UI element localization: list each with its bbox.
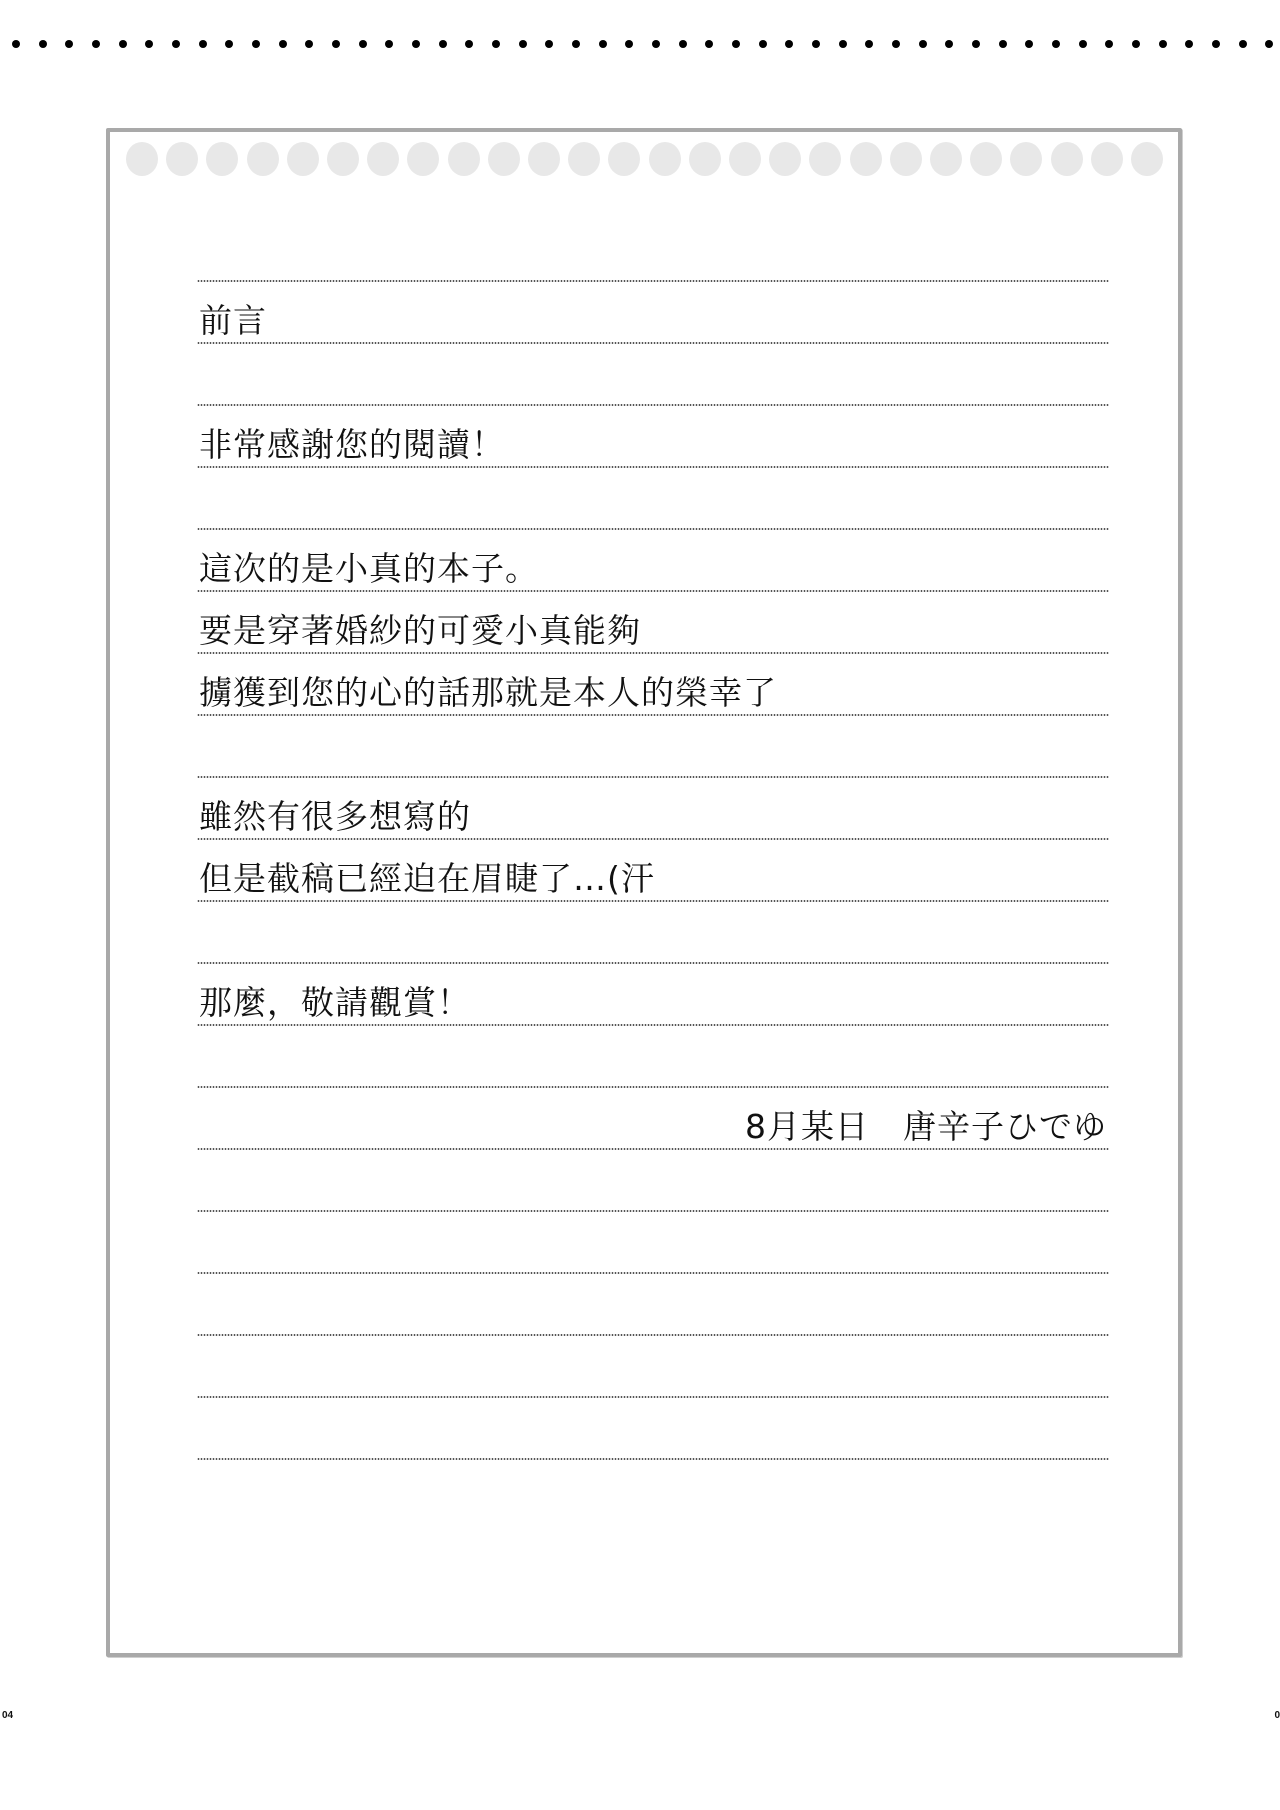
dot-icon bbox=[572, 40, 580, 48]
line-text: 擄獲到您的心的話那就是本人的榮幸了 bbox=[199, 673, 777, 713]
page-number-left: 04 bbox=[2, 1710, 13, 1721]
ruled-line-0 bbox=[197, 220, 1109, 282]
dot-icon bbox=[679, 40, 687, 48]
dot-icon bbox=[412, 40, 420, 48]
dot-icon bbox=[1105, 40, 1113, 48]
ruled-line-12: 那麼，敬請觀賞！ bbox=[197, 964, 1109, 1026]
dot-icon bbox=[1052, 40, 1060, 48]
dot-icon bbox=[92, 40, 100, 48]
ruled-line-11 bbox=[197, 902, 1109, 964]
dot-icon bbox=[545, 40, 553, 48]
dot-icon bbox=[359, 40, 367, 48]
ruled-line-signature: 8月某日 唐辛子ひでゆ bbox=[197, 1088, 1109, 1150]
dot-icon bbox=[919, 40, 927, 48]
dot-icon bbox=[705, 40, 713, 48]
dot-icon bbox=[119, 40, 127, 48]
line-text: 雖然有很多想寫的 bbox=[199, 797, 471, 837]
ruled-line-15 bbox=[197, 1150, 1109, 1212]
ruled-line-13 bbox=[197, 1026, 1109, 1088]
line-text: 要是穿著婚紗的可愛小真能夠 bbox=[199, 611, 641, 651]
dot-icon bbox=[305, 40, 313, 48]
dot-icon bbox=[972, 40, 980, 48]
line-text: 這次的是小真的本子。 bbox=[199, 549, 539, 589]
dot-icon bbox=[225, 40, 233, 48]
dot-icon bbox=[865, 40, 873, 48]
dot-icon bbox=[1185, 40, 1193, 48]
page-number-right: 0 bbox=[1274, 1710, 1280, 1721]
dot-icon bbox=[1265, 40, 1273, 48]
dot-icon bbox=[785, 40, 793, 48]
ruled-line-8 bbox=[197, 716, 1109, 778]
ruled-line-16 bbox=[197, 1212, 1109, 1274]
dot-icon bbox=[892, 40, 900, 48]
heading-text: 前言 bbox=[199, 301, 267, 341]
dot-icon bbox=[1079, 40, 1087, 48]
ruled-line-5: 這次的是小真的本子。 bbox=[197, 530, 1109, 592]
dot-icon bbox=[385, 40, 393, 48]
dot-icon bbox=[439, 40, 447, 48]
dot-icon bbox=[465, 40, 473, 48]
dot-icon bbox=[492, 40, 500, 48]
ruled-line-9: 雖然有很多想寫的 bbox=[197, 778, 1109, 840]
line-text: 那麼，敬請觀賞！ bbox=[199, 983, 471, 1023]
dot-icon bbox=[12, 40, 20, 48]
ruled-line-19 bbox=[197, 1398, 1109, 1460]
dot-icon bbox=[279, 40, 287, 48]
ruled-line-10: 但是截稿已經迫在眉睫了…(汗 bbox=[197, 840, 1109, 902]
dot-icon bbox=[252, 40, 260, 48]
dot-icon bbox=[839, 40, 847, 48]
notebook-paper-frame: 前言 非常感謝您的閱讀！ 這次的是小真的本子。 要是穿著婚紗的可愛小真能夠 擄獲… bbox=[106, 128, 1182, 1657]
ruled-line-3: 非常感謝您的閱讀！ bbox=[197, 406, 1109, 468]
dot-icon bbox=[945, 40, 953, 48]
ruled-line-18 bbox=[197, 1336, 1109, 1398]
line-text: 非常感謝您的閱讀！ bbox=[199, 425, 505, 465]
line-text: 但是截稿已經迫在眉睫了…(汗 bbox=[199, 859, 655, 899]
dot-icon bbox=[1159, 40, 1167, 48]
dot-icon bbox=[65, 40, 73, 48]
signature-text: 8月某日 唐辛子ひでゆ bbox=[745, 1107, 1107, 1147]
ruled-line-6: 要是穿著婚紗的可愛小真能夠 bbox=[197, 592, 1109, 654]
dot-icon bbox=[172, 40, 180, 48]
ruled-lines-area: 前言 非常感謝您的閱讀！ 這次的是小真的本子。 要是穿著婚紗的可愛小真能夠 擄獲… bbox=[110, 132, 1178, 1653]
dot-icon bbox=[519, 40, 527, 48]
ruled-line-4 bbox=[197, 468, 1109, 530]
dot-icon bbox=[732, 40, 740, 48]
dot-icon bbox=[1132, 40, 1140, 48]
dot-icon bbox=[812, 40, 820, 48]
ruled-line-2 bbox=[197, 344, 1109, 406]
dot-icon bbox=[145, 40, 153, 48]
ruled-line-heading: 前言 bbox=[197, 282, 1109, 344]
dot-icon bbox=[1025, 40, 1033, 48]
dot-icon bbox=[1239, 40, 1247, 48]
dot-icon bbox=[625, 40, 633, 48]
dot-icon bbox=[332, 40, 340, 48]
dot-icon bbox=[39, 40, 47, 48]
top-dotted-border bbox=[0, 40, 1280, 50]
dot-icon bbox=[652, 40, 660, 48]
dot-icon bbox=[199, 40, 207, 48]
dot-icon bbox=[999, 40, 1007, 48]
dot-icon bbox=[759, 40, 767, 48]
ruled-line-17 bbox=[197, 1274, 1109, 1336]
dot-icon bbox=[1212, 40, 1220, 48]
ruled-line-7: 擄獲到您的心的話那就是本人的榮幸了 bbox=[197, 654, 1109, 716]
dot-icon bbox=[599, 40, 607, 48]
